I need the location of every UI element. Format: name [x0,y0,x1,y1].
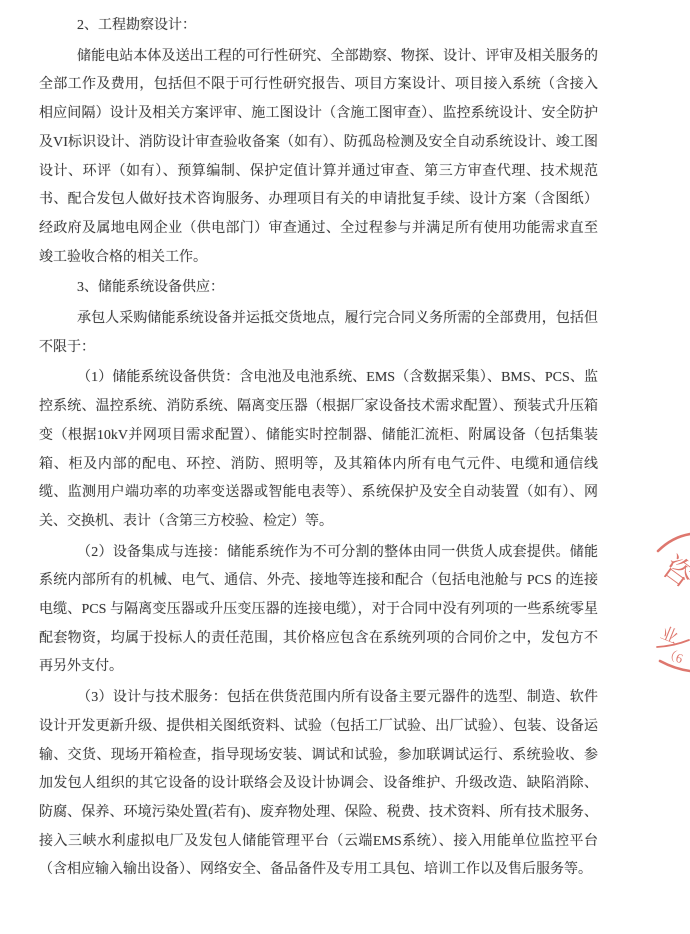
red-seal-stamp: 咨 业 （6 [630,520,690,700]
section-heading-equipment-supply: 3、储能系统设备供应： [39,274,598,303]
para-item-2-integration: （2）设备集成与连接：储能系统作为不可分割的整体由同一供货人成套提供。储能系统内… [39,539,598,683]
para-equipment-supply-intro: 承包人采购储能系统设备并运抵交货地点，履行完合同义务所需的全部费用，包括但不限于… [39,305,598,362]
scanned-contract-page: 2、工程勘察设计： 储能电站本体及送出工程的可行性研究、全部勘察、物探、设计、评… [0,0,690,934]
document-body: 2、工程勘察设计： 储能电站本体及送出工程的可行性研究、全部勘察、物探、设计、评… [39,12,598,887]
seal-char-top: 咨 [656,550,690,594]
para-item-1-equipment-list: （1）储能系统设备供货：含电池及电池系统、EMS（含数据采集）、BMS、PCS、… [39,364,598,536]
section-heading-survey-design: 2、工程勘察设计： [39,12,598,41]
seal-arc-top [658,534,690,551]
para-survey-design-scope: 储能电站本体及送出工程的可行性研究、全部勘察、物探、设计、评审及相关服务的全部工… [39,43,598,273]
para-item-3-design-services: （3）设计与技术服务：包括在供货范围内所有设备主要元器件的选型、制造、软件设计开… [39,684,598,885]
